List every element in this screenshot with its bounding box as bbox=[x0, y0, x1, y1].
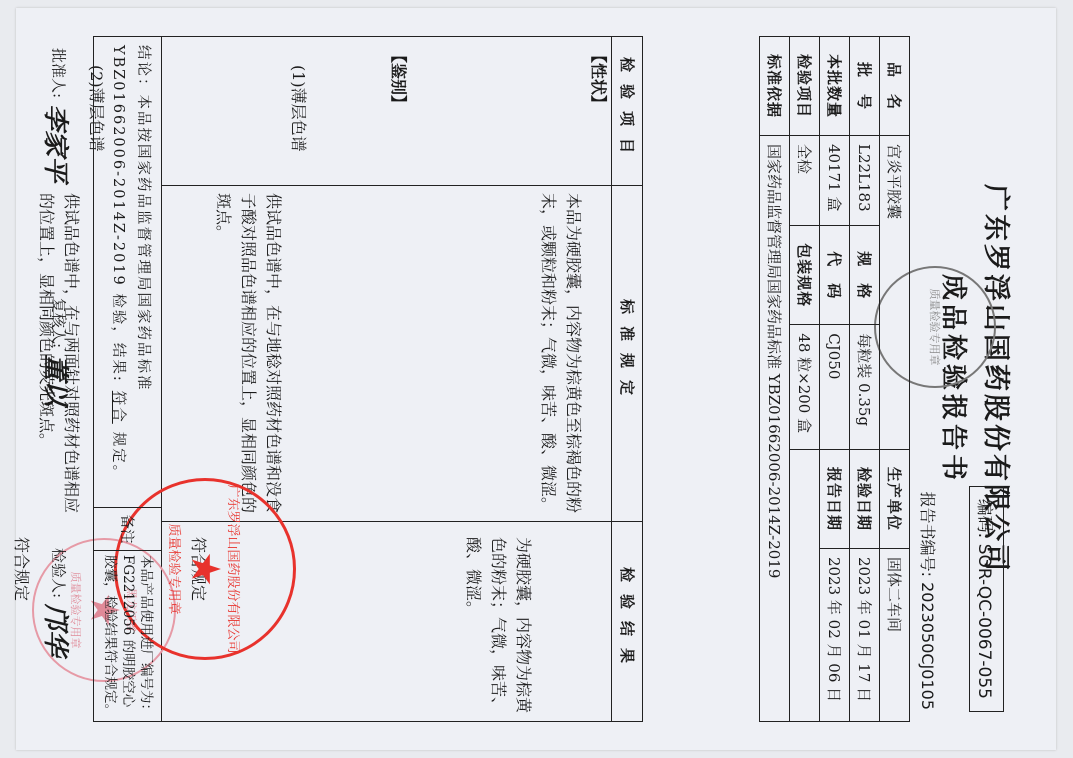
item-cell: 【性状】 bbox=[586, 47, 611, 195]
package-spec: 48 粒×200 盒 bbox=[790, 325, 820, 450]
result-cell: 符合规定 bbox=[9, 537, 34, 717]
doc-code: SOR-QC-0067-055 bbox=[974, 544, 994, 699]
report-number: 报告书编号: 2023050CJ0105 bbox=[917, 492, 940, 710]
specification: 每粒装 0.35g bbox=[850, 325, 880, 450]
item-cell: (1)薄层色谱 bbox=[286, 37, 311, 213]
product-info-table: 品 名 宫炎平胶囊 生产单位 固体二车间 批 号 L22L183 规 格 每粒装… bbox=[759, 36, 910, 722]
standard-cell bbox=[361, 193, 386, 515]
standard-basis: 国家药品监督管理局国家药品标准 YBZ01662006-2014Z-2019 bbox=[760, 136, 790, 722]
inspector: 检验人:邝华 bbox=[39, 548, 76, 656]
inspection-report-page: 广东罗浮山国药股份有限公司 成品检验报告书 编码: SOR-QC-0067-05… bbox=[16, 8, 1056, 750]
item-cell: 【鉴别】 bbox=[386, 47, 411, 195]
result-cell bbox=[336, 537, 361, 717]
batch-quantity: 40171 盒 bbox=[820, 136, 850, 226]
conclusion-result: 符合 bbox=[110, 383, 126, 432]
remark-text: 本品产品使用进厂编号为：FG2212056 的明胶空心胶囊，检验结果符合规定。 bbox=[101, 555, 155, 719]
remark-label: 备注 bbox=[94, 507, 161, 551]
reviewer: 复核人:董以 bbox=[39, 298, 76, 406]
product-code: CJ050 bbox=[820, 325, 850, 450]
conclusion: 结论：本品按国家药品监督管理局国家药品标准 YBZ01662006-2014Z-… bbox=[105, 45, 155, 485]
batch-number: L22L183 bbox=[850, 136, 880, 226]
result-cell: 为硬胶囊，内容物为棕黄色的粉末；气微，味苦、酸、微涩。 bbox=[461, 537, 536, 717]
producer: 固体二车间 bbox=[880, 548, 910, 721]
product-name: 宫炎平胶囊 bbox=[880, 136, 910, 450]
doc-code-box: 编码: SOR-QC-0067-055 bbox=[969, 486, 1004, 712]
approver: 批准人:李家平 bbox=[39, 48, 76, 182]
standard-cell: 供试品色谱中，在与地稔对照药材色谱和没食子酸对照品色谱相应的位置上，显相同颜色的… bbox=[211, 193, 286, 515]
conclusion-section: 结论：本品按国家药品监督管理局国家药品标准 YBZ01662006-2014Z-… bbox=[93, 36, 161, 722]
test-items: 全检 bbox=[790, 136, 820, 226]
test-date: 2023 年 01 月 17 日 bbox=[850, 548, 880, 721]
col-header-standard: 标准规定 bbox=[611, 185, 642, 521]
report-date: 2023 年 02 月 06 日 bbox=[820, 548, 850, 721]
col-header-item: 检验项目 bbox=[611, 37, 642, 185]
standard-cell: 本品为硬胶囊，内容物为棕黄色至棕褐色的粉末，或颗粒和粉末；气微，味苦、酸、微涩。 bbox=[536, 193, 586, 515]
col-header-result: 检验结果 bbox=[611, 521, 642, 721]
